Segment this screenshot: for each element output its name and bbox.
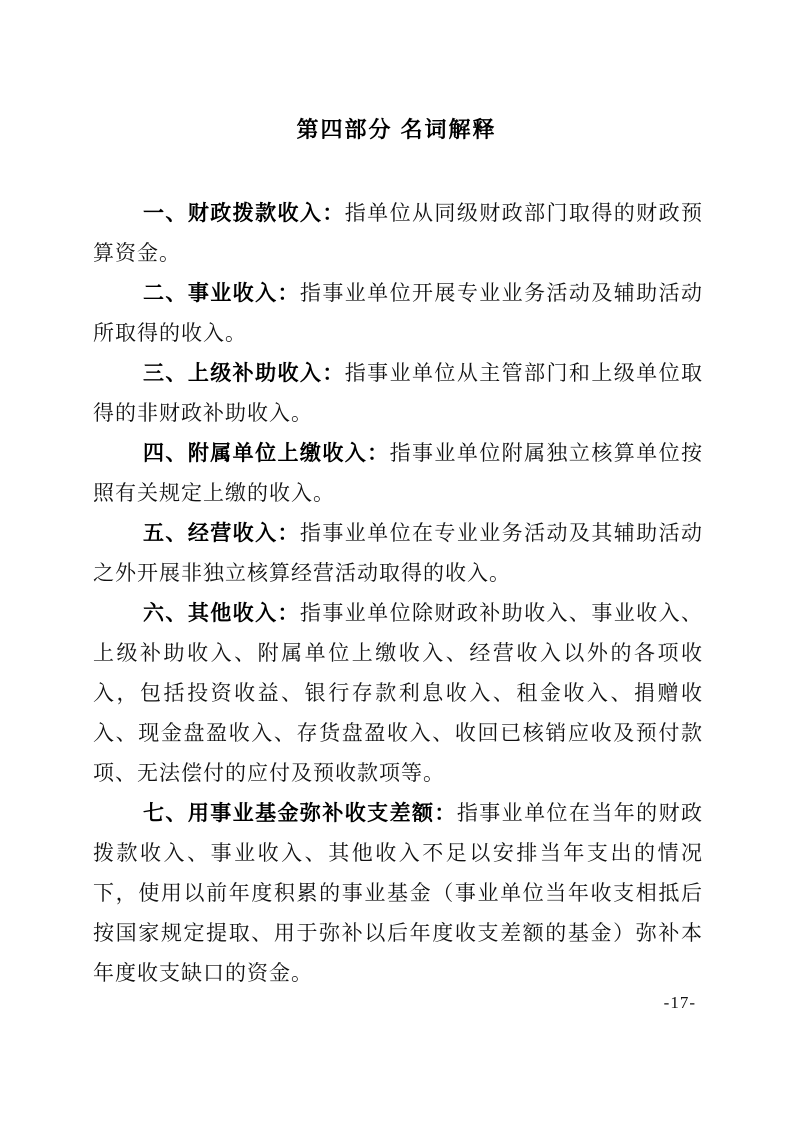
page-title: 第四部分 名词解释	[0, 0, 793, 145]
term-definition: 指事业单位除财政补助收入、事业收入、上级补助收入、附属单位上缴收入、经营收入以外…	[93, 601, 703, 785]
page-number: -17-	[664, 993, 696, 1013]
glossary-paragraph: 四、附属单位上缴收入：指事业单位附属独立核算单位按照有关规定上缴的收入。	[93, 433, 703, 513]
term-label: 一、财政拨款收入：	[143, 201, 345, 225]
term-label: 四、附属单位上缴收入：	[143, 441, 390, 465]
term-definition: 指事业单位在当年的财政拨款收入、事业收入、其他收入不足以安排当年支出的情况下，使…	[93, 801, 703, 985]
term-label: 七、用事业基金弥补收支差额：	[143, 801, 457, 825]
glossary-paragraph: 一、财政拨款收入：指单位从同级财政部门取得的财政预算资金。	[93, 193, 703, 273]
term-label: 六、其他收入：	[143, 601, 300, 625]
term-label: 五、经营收入：	[143, 521, 300, 545]
glossary-paragraph: 二、事业收入：指事业单位开展专业业务活动及辅助活动所取得的收入。	[93, 273, 703, 353]
glossary-section: 一、财政拨款收入：指单位从同级财政部门取得的财政预算资金。 二、事业收入：指事业…	[93, 193, 703, 993]
document-page: 第四部分 名词解释 一、财政拨款收入：指单位从同级财政部门取得的财政预算资金。 …	[0, 0, 793, 1122]
glossary-paragraph: 五、经营收入：指事业单位在专业业务活动及其辅助活动之外开展非独立核算经营活动取得…	[93, 513, 703, 593]
term-label: 二、事业收入：	[143, 281, 300, 305]
glossary-paragraph: 七、用事业基金弥补收支差额：指事业单位在当年的财政拨款收入、事业收入、其他收入不…	[93, 793, 703, 993]
term-label: 三、上级补助收入：	[143, 361, 345, 385]
glossary-paragraph: 三、上级补助收入：指事业单位从主管部门和上级单位取得的非财政补助收入。	[93, 353, 703, 433]
glossary-paragraph: 六、其他收入：指事业单位除财政补助收入、事业收入、上级补助收入、附属单位上缴收入…	[93, 593, 703, 793]
